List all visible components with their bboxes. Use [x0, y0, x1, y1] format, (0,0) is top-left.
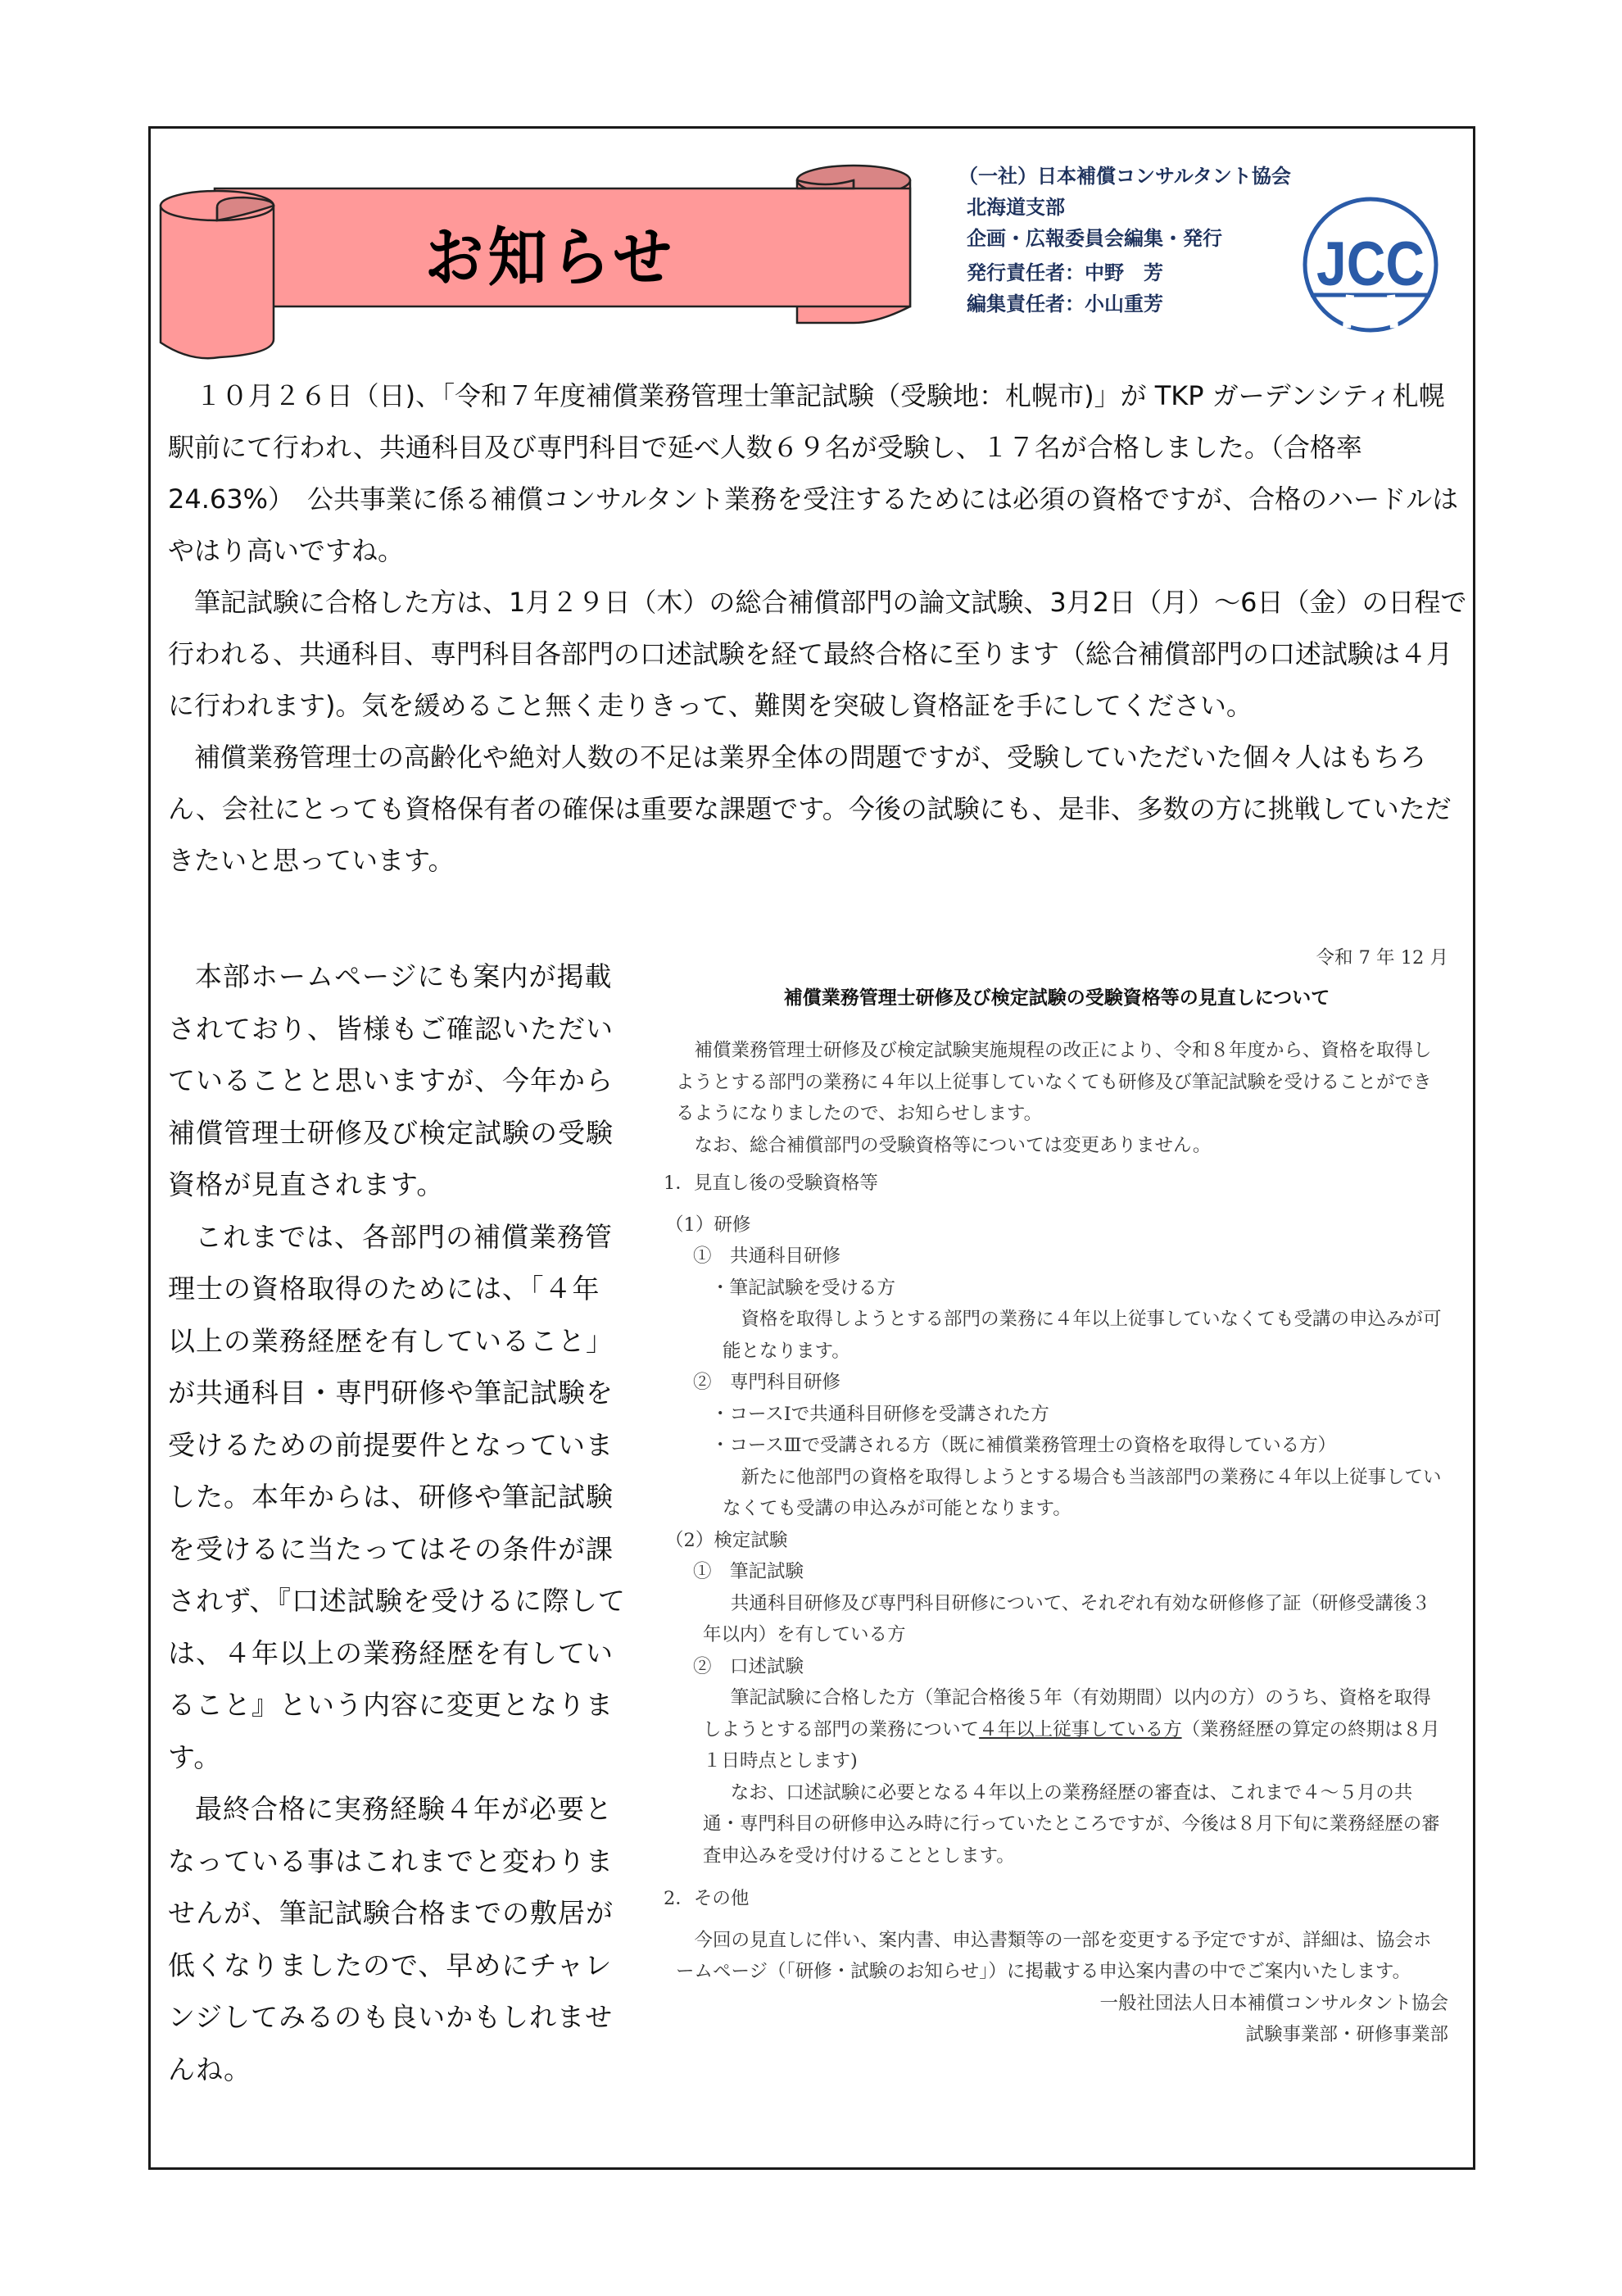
- masthead-org: （一社）日本補償コンサルタント協会: [958, 161, 1319, 192]
- masthead-branch: 北海道支部: [967, 192, 1319, 223]
- signature-org: 一般社団法人日本補償コンサルタント協会: [655, 1988, 1458, 2020]
- masthead-publisher: 発行責任者：中野 芳: [967, 257, 1319, 288]
- notice-title: 補償業務管理士研修及び検定試験の受験資格等の見直しについて: [655, 982, 1458, 1014]
- section-heading: 2．その他: [655, 1883, 1458, 1915]
- item-heading: ① 筆記試験: [655, 1556, 1458, 1588]
- item-note: なお、口述試験に必要となる４年以上の業務経歴の審査は、これまで４～５月の共通・専…: [655, 1777, 1458, 1872]
- bullet-item: ・コースⅢで受講される方（既に補償業務管理士の資格を取得している方）: [655, 1430, 1458, 1462]
- underlined-requirement: ４年以上従事している方: [979, 1719, 1182, 1740]
- item-heading: ① 共通科目研修: [655, 1241, 1458, 1273]
- masthead: （一社）日本補償コンサルタント協会 北海道支部 企画・広報委員会編集・発行 発行…: [967, 161, 1319, 320]
- notice-intro: なお、総合補償部門の受験資格等については変更ありません。: [655, 1130, 1458, 1162]
- item-body: 共通科目研修及び専門科目研修について、それぞれ有効な研修修了証（研修受講後３年以…: [655, 1588, 1458, 1651]
- column-paragraph: これまでは、各部門の補償業務管理士の資格取得のためには、「４年以上の業務経歴を有…: [168, 1211, 627, 1784]
- embedded-notice: 令和 7 年 12 月 補償業務管理士研修及び検定試験の受験資格等の見直しについ…: [655, 942, 1458, 2051]
- item-body: 資格を取得しようとする部門の業務に４年以上従事していなくても受講の申込みが可能と…: [655, 1304, 1458, 1367]
- item-heading: ② 口述試験: [655, 1651, 1458, 1683]
- notice-date: 令和 7 年 12 月: [655, 942, 1458, 974]
- subsection-heading: （2）検定試験: [655, 1525, 1458, 1557]
- masthead-editor: 編集責任者：小山重芳: [967, 288, 1319, 320]
- section-heading: 1．見直し後の受験資格等: [655, 1168, 1458, 1200]
- lead-article: １０月２６日（日)、「令和７年度補償業務管理士筆記試験（受験地：札幌市)」が T…: [168, 370, 1470, 887]
- section-body: 今回の見直しに伴い、案内書、申込書類等の一部を変更する予定ですが、詳細は、協会ホ…: [655, 1925, 1458, 1988]
- masthead-committee: 企画・広報委員会編集・発行: [967, 223, 1319, 254]
- column-paragraph: 本部ホームページにも案内が掲載されており、皆様もご確認いただいていることと思いま…: [168, 951, 627, 1211]
- banner-title: お知らせ: [415, 206, 686, 298]
- item-heading: ② 専門科目研修: [655, 1367, 1458, 1399]
- bullet-item: ・筆記試験を受ける方: [655, 1273, 1458, 1305]
- bullet-item: ・コースⅠで共通科目研修を受講された方: [655, 1399, 1458, 1431]
- lead-paragraph: 筆記試験に合格した方は、1月２９日（木）の総合補償部門の論文試験、3月2日（月）…: [168, 577, 1470, 732]
- signature-dept: 試験事業部・研修事業部: [655, 2019, 1458, 2051]
- svg-text:JCC: JCC: [1316, 229, 1425, 299]
- notice-intro: 補償業務管理士研修及び検定試験実施規程の改正により、令和８年度から、資格を取得し…: [655, 1035, 1458, 1130]
- left-column-article: 本部ホームページにも案内が掲載されており、皆様もご確認いただいていることと思いま…: [168, 951, 627, 2095]
- item-body: 新たに他部門の資格を取得しようとする場合も当該部門の業務に４年以上従事していなく…: [655, 1462, 1458, 1525]
- column-paragraph: 最終合格に実務経験４年が必要となっている事はこれまでと変わりませんが、筆記試験合…: [168, 1783, 627, 2095]
- lead-paragraph: 補償業務管理士の高齢化や絶対人数の不足は業界全体の問題ですが、受験していただいた…: [168, 732, 1470, 887]
- subsection-heading: （1）研修: [655, 1209, 1458, 1241]
- banner-scroll: お知らせ: [157, 161, 919, 362]
- jcc-logo-icon: JCC: [1301, 195, 1440, 334]
- item-body: 筆記試験に合格した方（筆記合格後５年（有効期間）以内の方）のうち、資格を取得しよ…: [655, 1682, 1458, 1777]
- lead-paragraph: １０月２６日（日)、「令和７年度補償業務管理士筆記試験（受験地：札幌市)」が T…: [168, 370, 1470, 577]
